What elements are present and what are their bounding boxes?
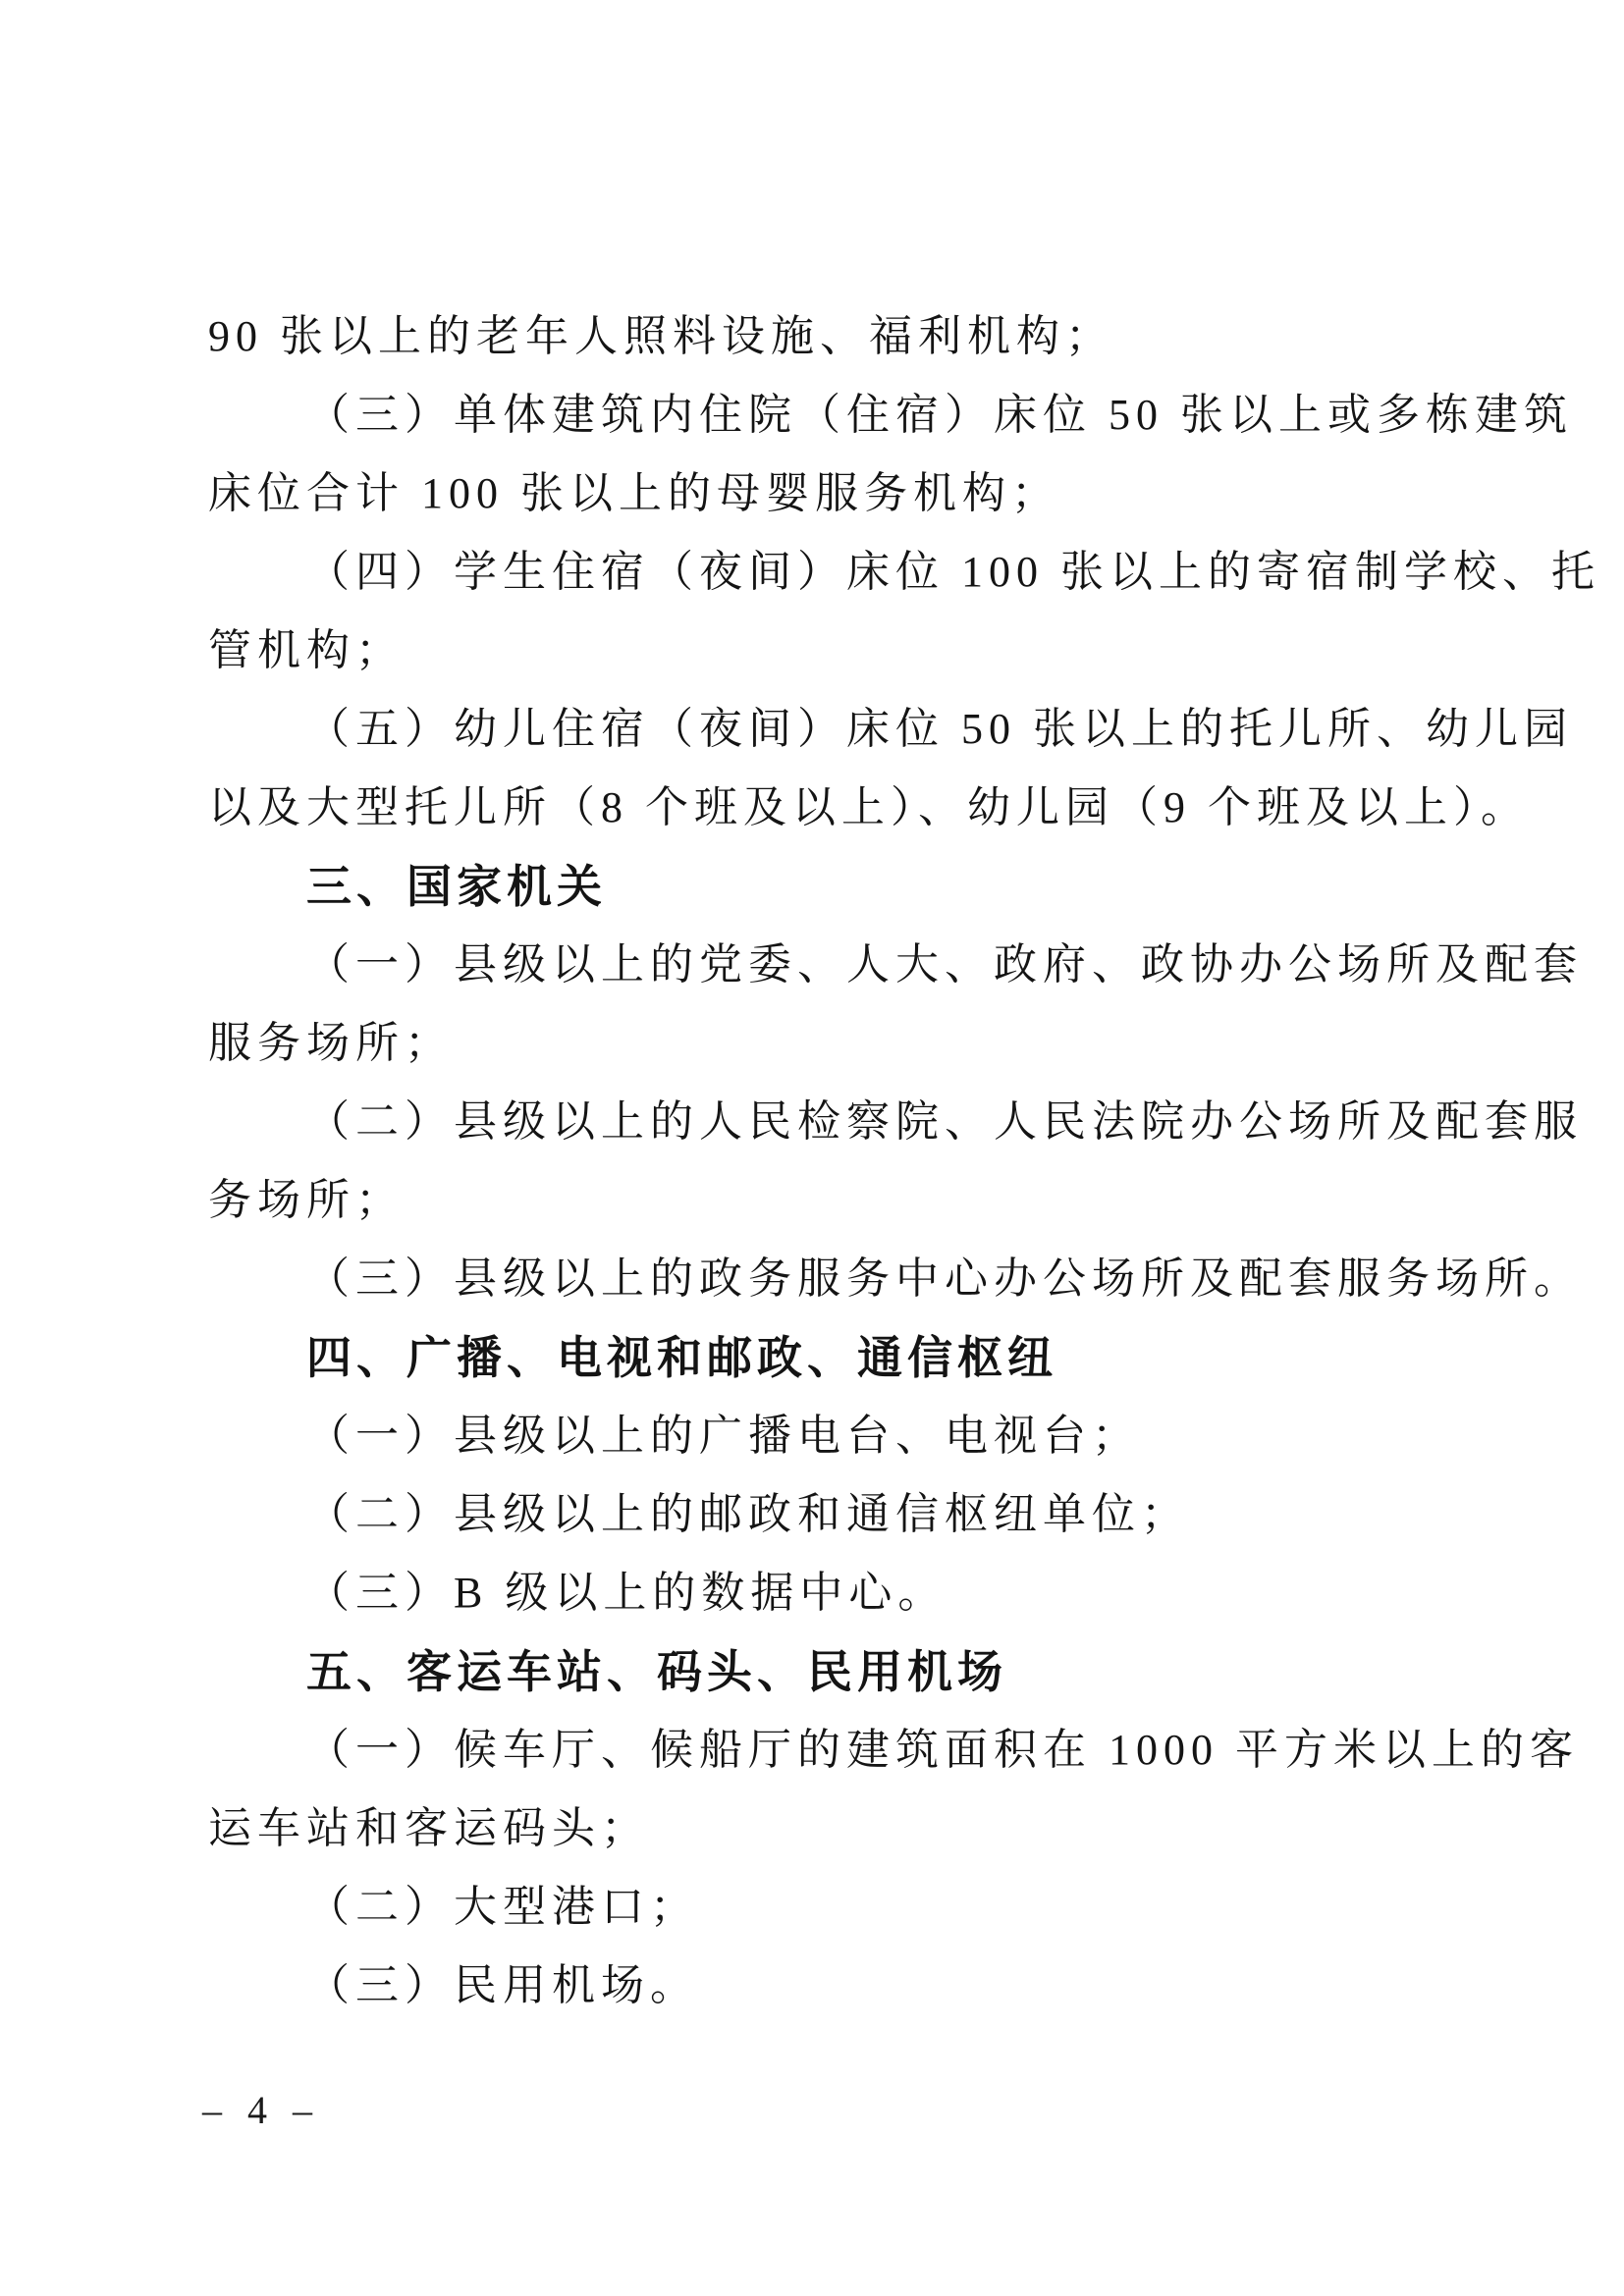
text-line: （五）幼儿住宿（夜间）床位 50 张以上的托儿所、幼儿园 (208, 690, 1418, 769)
text-line: 90 张以上的老年人照料设施、福利机构； (208, 297, 1418, 376)
document-page: 90 张以上的老年人照料设施、福利机构；（三）单体建筑内住院（住宿）床位 50 … (0, 0, 1624, 2296)
section-heading: 三、国家机关 (208, 847, 1418, 926)
section-heading: 五、客运车站、码头、民用机场 (208, 1632, 1418, 1711)
text-line: （一）候车厅、候船厅的建筑面积在 1000 平方米以上的客 (208, 1711, 1418, 1789)
text-line: （四）学生住宿（夜间）床位 100 张以上的寄宿制学校、托 (208, 533, 1418, 612)
text-line: （一）县级以上的广播电台、电视台； (208, 1397, 1418, 1475)
text-line: （二）县级以上的人民检察院、人民法院办公场所及配套服 (208, 1083, 1418, 1161)
text-line: 床位合计 100 张以上的母婴服务机构； (208, 454, 1418, 533)
text-line: 服务场所； (208, 1004, 1418, 1083)
text-line: 以及大型托儿所（8 个班及以上）、幼儿园（9 个班及以上）。 (208, 769, 1418, 847)
text-line: （三）县级以上的政务服务中心办公场所及配套服务场所。 (208, 1240, 1418, 1318)
text-line: （一）县级以上的党委、人大、政府、政协办公场所及配套 (208, 926, 1418, 1004)
section-heading: 四、广播、电视和邮政、通信枢纽 (208, 1318, 1418, 1397)
text-line: 运车站和客运码头； (208, 1789, 1418, 1868)
text-line: （二）大型港口； (208, 1868, 1418, 1947)
text-line: （三）B 级以上的数据中心。 (208, 1554, 1418, 1632)
text-line: 务场所； (208, 1161, 1418, 1240)
text-line: 管机构； (208, 612, 1418, 690)
document-body: 90 张以上的老年人照料设施、福利机构；（三）单体建筑内住院（住宿）床位 50 … (208, 297, 1418, 2025)
page-number: – 4 – (202, 2087, 320, 2134)
text-line: （三）民用机场。 (208, 1947, 1418, 2025)
text-line: （三）单体建筑内住院（住宿）床位 50 张以上或多栋建筑 (208, 376, 1418, 454)
text-line: （二）县级以上的邮政和通信枢纽单位； (208, 1475, 1418, 1554)
